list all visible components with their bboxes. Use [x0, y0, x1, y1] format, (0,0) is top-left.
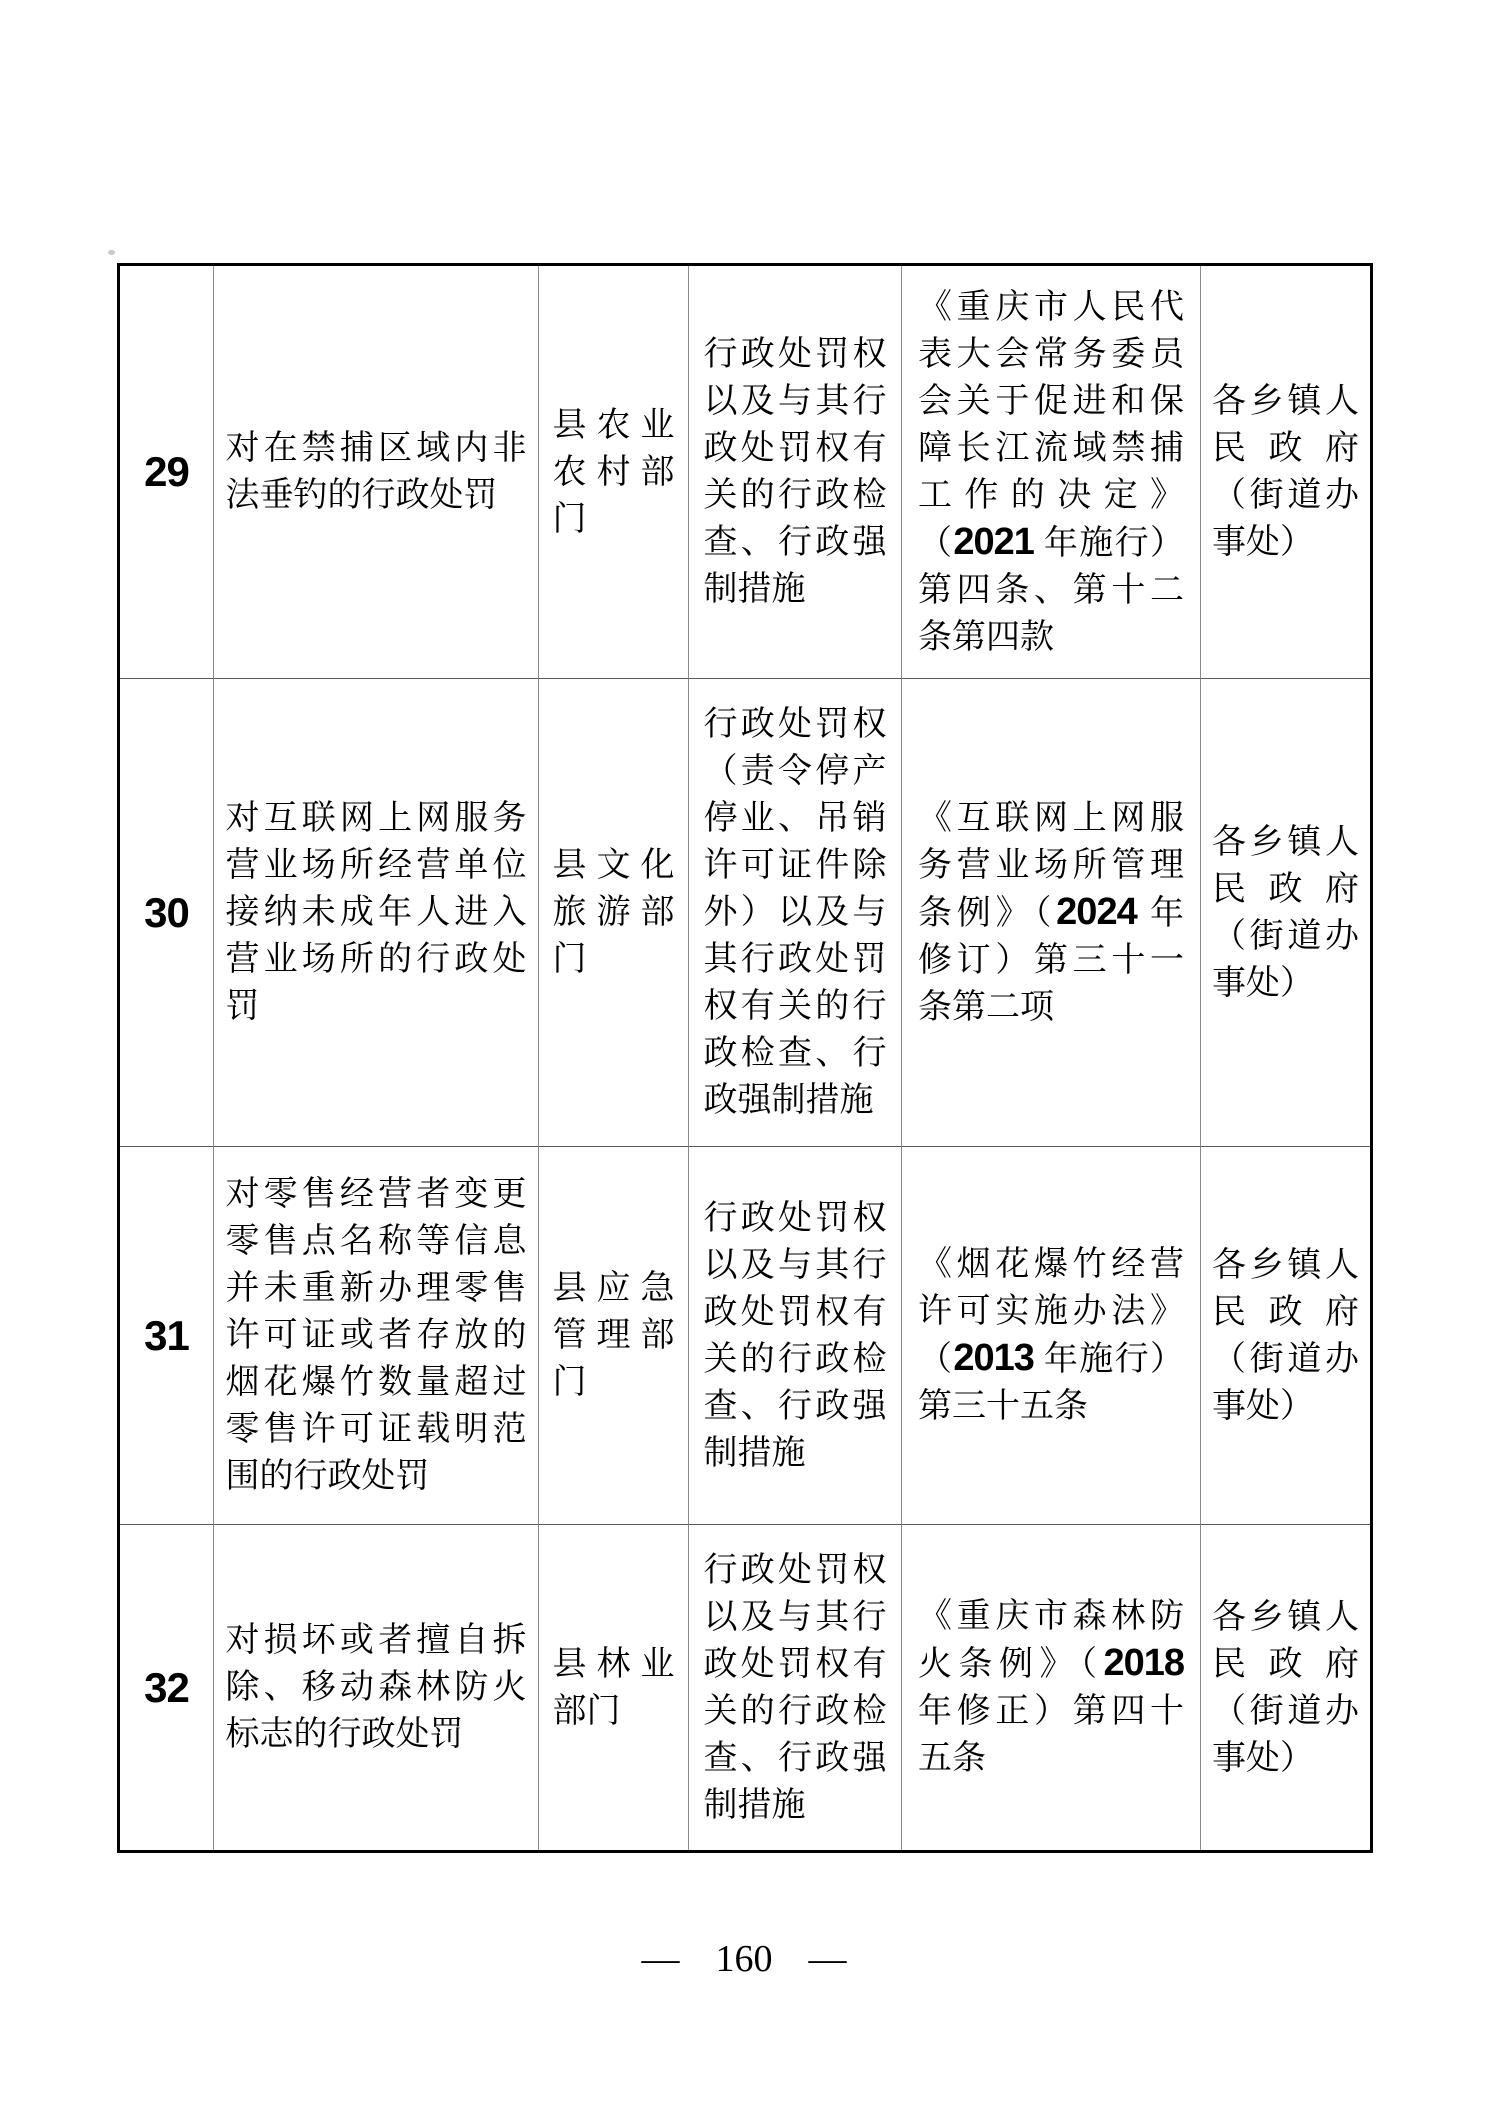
legal-basis-year: 2021 — [953, 521, 1034, 563]
row-number-cell: 30 — [120, 679, 214, 1147]
implementer-cell: 各乡镇人民政府（街道办事处） — [1201, 1525, 1370, 1850]
legal-basis-cell: 《重庆市森林防火条例》（2018 年修正）第四十五条 — [902, 1525, 1201, 1850]
matter-cell: 对零售经营者变更零售点名称等信息并未重新办理零售许可证或者存放的烟花爆竹数量超过… — [214, 1147, 539, 1525]
row-number-cell: 31 — [120, 1147, 214, 1525]
department-cell: 县应急管理部门 — [539, 1147, 689, 1525]
matter-text: 对互联网上网服务营业场所经营单位接纳未成年人进入营业场所的行政处罚 — [226, 795, 527, 1030]
legal-basis-cell: 《互联网上网服务营业场所管理条例》（2024 年修订）第三十一条第二项 — [902, 679, 1201, 1147]
legal-basis-cell: 《重庆市人民代表大会常务委员会关于促进和保障长江流域禁捕工作的决定》（2021 … — [902, 266, 1201, 679]
row-number: 30 — [144, 889, 189, 937]
powers-text: 行政处罚权（责令停产停业、吊销许可证件除外）以及与其行政处罚权有关的行政检查、行… — [704, 701, 887, 1124]
legal-basis-year: 2018 — [1103, 1642, 1184, 1684]
matter-text: 对损坏或者擅自拆除、移动森林防火标志的行政处罚 — [226, 1617, 527, 1758]
print-artifact-speck — [108, 250, 115, 255]
implementer-cell: 各乡镇人民政府（街道办事处） — [1201, 679, 1370, 1147]
legal-basis-text: 《重庆市森林防火条例》（2018 年修正）第四十五条 — [918, 1593, 1184, 1782]
page-footer: — 160 — — [0, 1936, 1488, 1983]
matter-cell: 对互联网上网服务营业场所经营单位接纳未成年人进入营业场所的行政处罚 — [214, 679, 539, 1147]
implementer-cell: 各乡镇人民政府（街道办事处） — [1201, 1147, 1370, 1525]
matter-text: 对零售经营者变更零售点名称等信息并未重新办理零售许可证或者存放的烟花爆竹数量超过… — [226, 1171, 527, 1500]
department-text: 县林业部门 — [553, 1641, 675, 1735]
powers-cell: 行政处罚权以及与其行政处罚权有关的行政检查、行政强制措施 — [689, 1147, 902, 1525]
row-number: 32 — [144, 1664, 189, 1712]
legal-basis-year: 2024 — [1056, 891, 1137, 933]
legal-basis-text: 《烟花爆竹经营许可实施办法》（2013 年施行）第三十五条 — [918, 1241, 1184, 1430]
row-number-cell: 29 — [120, 266, 214, 679]
department-text: 县农业农村部门 — [553, 402, 675, 543]
department-text: 县应急管理部门 — [553, 1265, 675, 1406]
powers-text: 行政处罚权以及与其行政处罚权有关的行政检查、行政强制措施 — [704, 331, 887, 613]
footer-dash-right: — — [809, 1936, 847, 1983]
matter-text: 对在禁捕区域内非法垂钓的行政处罚 — [226, 425, 527, 519]
matter-cell: 对损坏或者擅自拆除、移动森林防火标志的行政处罚 — [214, 1525, 539, 1850]
department-cell: 县林业部门 — [539, 1525, 689, 1850]
implementer-text: 各乡镇人民政府（街道办事处） — [1212, 819, 1359, 1007]
footer-dash-left: — — [642, 1936, 680, 1983]
powers-cell: 行政处罚权以及与其行政处罚权有关的行政检查、行政强制措施 — [689, 1525, 902, 1850]
department-text: 县文化旅游部门 — [553, 842, 675, 983]
legal-basis-text: 《互联网上网服务营业场所管理条例》（2024 年修订）第三十一条第二项 — [918, 795, 1184, 1031]
powers-cell: 行政处罚权（责令停产停业、吊销许可证件除外）以及与其行政处罚权有关的行政检查、行… — [689, 679, 902, 1147]
matter-cell: 对在禁捕区域内非法垂钓的行政处罚 — [214, 266, 539, 679]
legal-basis-text: 《重庆市人民代表大会常务委员会关于促进和保障长江流域禁捕工作的决定》（2021 … — [918, 284, 1184, 661]
powers-text: 行政处罚权以及与其行政处罚权有关的行政检查、行政强制措施 — [704, 1195, 887, 1477]
department-cell: 县农业农村部门 — [539, 266, 689, 679]
legal-basis-post: 年修正）第四十五条 — [918, 1693, 1184, 1777]
legal-basis-year: 2013 — [953, 1337, 1034, 1379]
authority-table: 29 对在禁捕区域内非法垂钓的行政处罚 县农业农村部门 行政处罚权以及与其行政处… — [117, 263, 1373, 1853]
document-page: { "table": { "rows": [ { "no": "29", "ma… — [0, 0, 1488, 2105]
implementer-text: 各乡镇人民政府（街道办事处） — [1212, 378, 1359, 566]
legal-basis-cell: 《烟花爆竹经营许可实施办法》（2013 年施行）第三十五条 — [902, 1147, 1201, 1525]
row-number: 31 — [144, 1312, 189, 1360]
implementer-cell: 各乡镇人民政府（街道办事处） — [1201, 266, 1370, 679]
row-number-cell: 32 — [120, 1525, 214, 1850]
page-number: 160 — [716, 1936, 773, 1983]
powers-text: 行政处罚权以及与其行政处罚权有关的行政检查、行政强制措施 — [704, 1547, 887, 1829]
row-number: 29 — [144, 448, 189, 496]
department-cell: 县文化旅游部门 — [539, 679, 689, 1147]
implementer-text: 各乡镇人民政府（街道办事处） — [1212, 1594, 1359, 1782]
implementer-text: 各乡镇人民政府（街道办事处） — [1212, 1242, 1359, 1430]
powers-cell: 行政处罚权以及与其行政处罚权有关的行政检查、行政强制措施 — [689, 266, 902, 679]
